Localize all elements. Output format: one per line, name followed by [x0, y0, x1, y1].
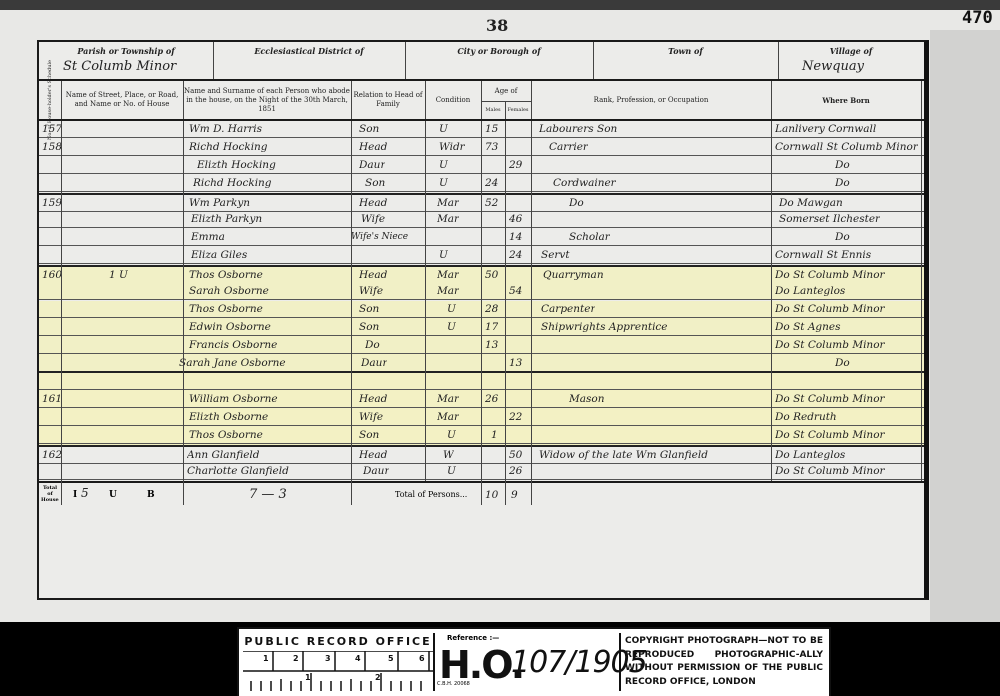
page-top-edge: [0, 0, 1000, 10]
inhabited-label: I: [73, 487, 77, 503]
census-page: 38 470 Parish or Township of St Columb M…: [0, 0, 1000, 622]
females-total: 9: [511, 487, 518, 503]
folio-number: 38: [486, 16, 508, 35]
town-label: Town of: [593, 46, 778, 56]
grid-line: [351, 121, 352, 505]
grid-line: [531, 121, 532, 505]
record-office-label: PUBLIC RECORD OFFICE 123 456 12: [237, 627, 831, 696]
city-label: City or Borough of: [405, 46, 593, 56]
scale-ruler-icon: 123 456 12: [243, 651, 433, 691]
page-stamp: 470: [962, 8, 993, 28]
svg-text:5: 5: [388, 654, 394, 663]
grid-line: [771, 121, 772, 481]
males-total: 10: [485, 487, 498, 503]
total-persons-label: Total of Persons...: [395, 487, 467, 503]
grid-line: [425, 121, 426, 481]
grid-line: [481, 121, 482, 505]
col-street: Name of Street, Place, or Road, and Name…: [61, 81, 184, 119]
svg-text:1: 1: [263, 654, 269, 663]
city-cell: City or Borough of: [405, 42, 594, 79]
parish-cell: Parish or Township of St Columb Minor: [39, 42, 214, 79]
svg-text:4: 4: [355, 654, 361, 663]
svg-text:6: 6: [419, 654, 425, 663]
col-females: Females: [505, 102, 532, 119]
col-males: Males: [481, 102, 506, 119]
reference-label: Reference :—: [447, 634, 499, 642]
town-cell: Town of: [593, 42, 779, 79]
col-name: Name and Surname of each Person who abod…: [183, 81, 352, 119]
copyright-notice: COPYRIGHT PHOTOGRAPH—NOT TO BE REPRODUCE…: [625, 635, 823, 689]
column-header-row: No. of House-holder's Schedule Name of S…: [39, 81, 924, 121]
page-margin-strip: [930, 30, 1000, 622]
building-label: B: [147, 487, 155, 503]
ecclesiastical-label: Ecclesiastical District of: [213, 46, 405, 56]
total-houses-label: Total of Houses: [41, 485, 59, 501]
census-table: Parish or Township of St Columb Minor Ec…: [37, 40, 929, 600]
svg-text:3: 3: [325, 654, 331, 663]
parish-label: Parish or Township of: [39, 46, 213, 56]
cbh-code: C.B.H. 20068: [437, 681, 470, 687]
col-schedule: No. of House-holder's Schedule: [39, 81, 62, 119]
public-record-office-block: PUBLIC RECORD OFFICE 123 456 12: [243, 633, 435, 691]
village-label: Village of: [778, 46, 924, 56]
grid-line: [61, 121, 62, 505]
district-header: Parish or Township of St Columb Minor Ec…: [39, 42, 924, 81]
parish-value: St Columb Minor: [63, 59, 213, 74]
inhabited-value: 5: [81, 485, 89, 501]
grid-line: [505, 121, 506, 505]
svg-text:1: 1: [305, 673, 311, 682]
col-blind: [921, 81, 924, 119]
col-where-born: Where Born: [771, 81, 922, 119]
svg-text:2: 2: [375, 673, 381, 682]
office-title: PUBLIC RECORD OFFICE: [243, 635, 433, 648]
col-relation: Relation to Head of Family: [351, 81, 426, 119]
col-condition: Condition: [425, 81, 482, 119]
reference-block: Reference :— H.O. 107/1905 C.B.H. 20068: [435, 633, 621, 691]
tally-note: 7 — 3: [249, 487, 287, 503]
svg-text:2: 2: [293, 654, 299, 663]
grid-line: [183, 121, 184, 505]
col-occupation: Rank, Profession, or Occupation: [531, 81, 772, 119]
grid-line: [921, 121, 922, 481]
village-value: Newquay: [802, 59, 924, 74]
col-age: Age of: [481, 81, 532, 102]
village-cell: Village of Newquay: [778, 42, 924, 79]
uninhabited-label: U: [109, 487, 117, 503]
ecclesiastical-cell: Ecclesiastical District of: [213, 42, 406, 79]
